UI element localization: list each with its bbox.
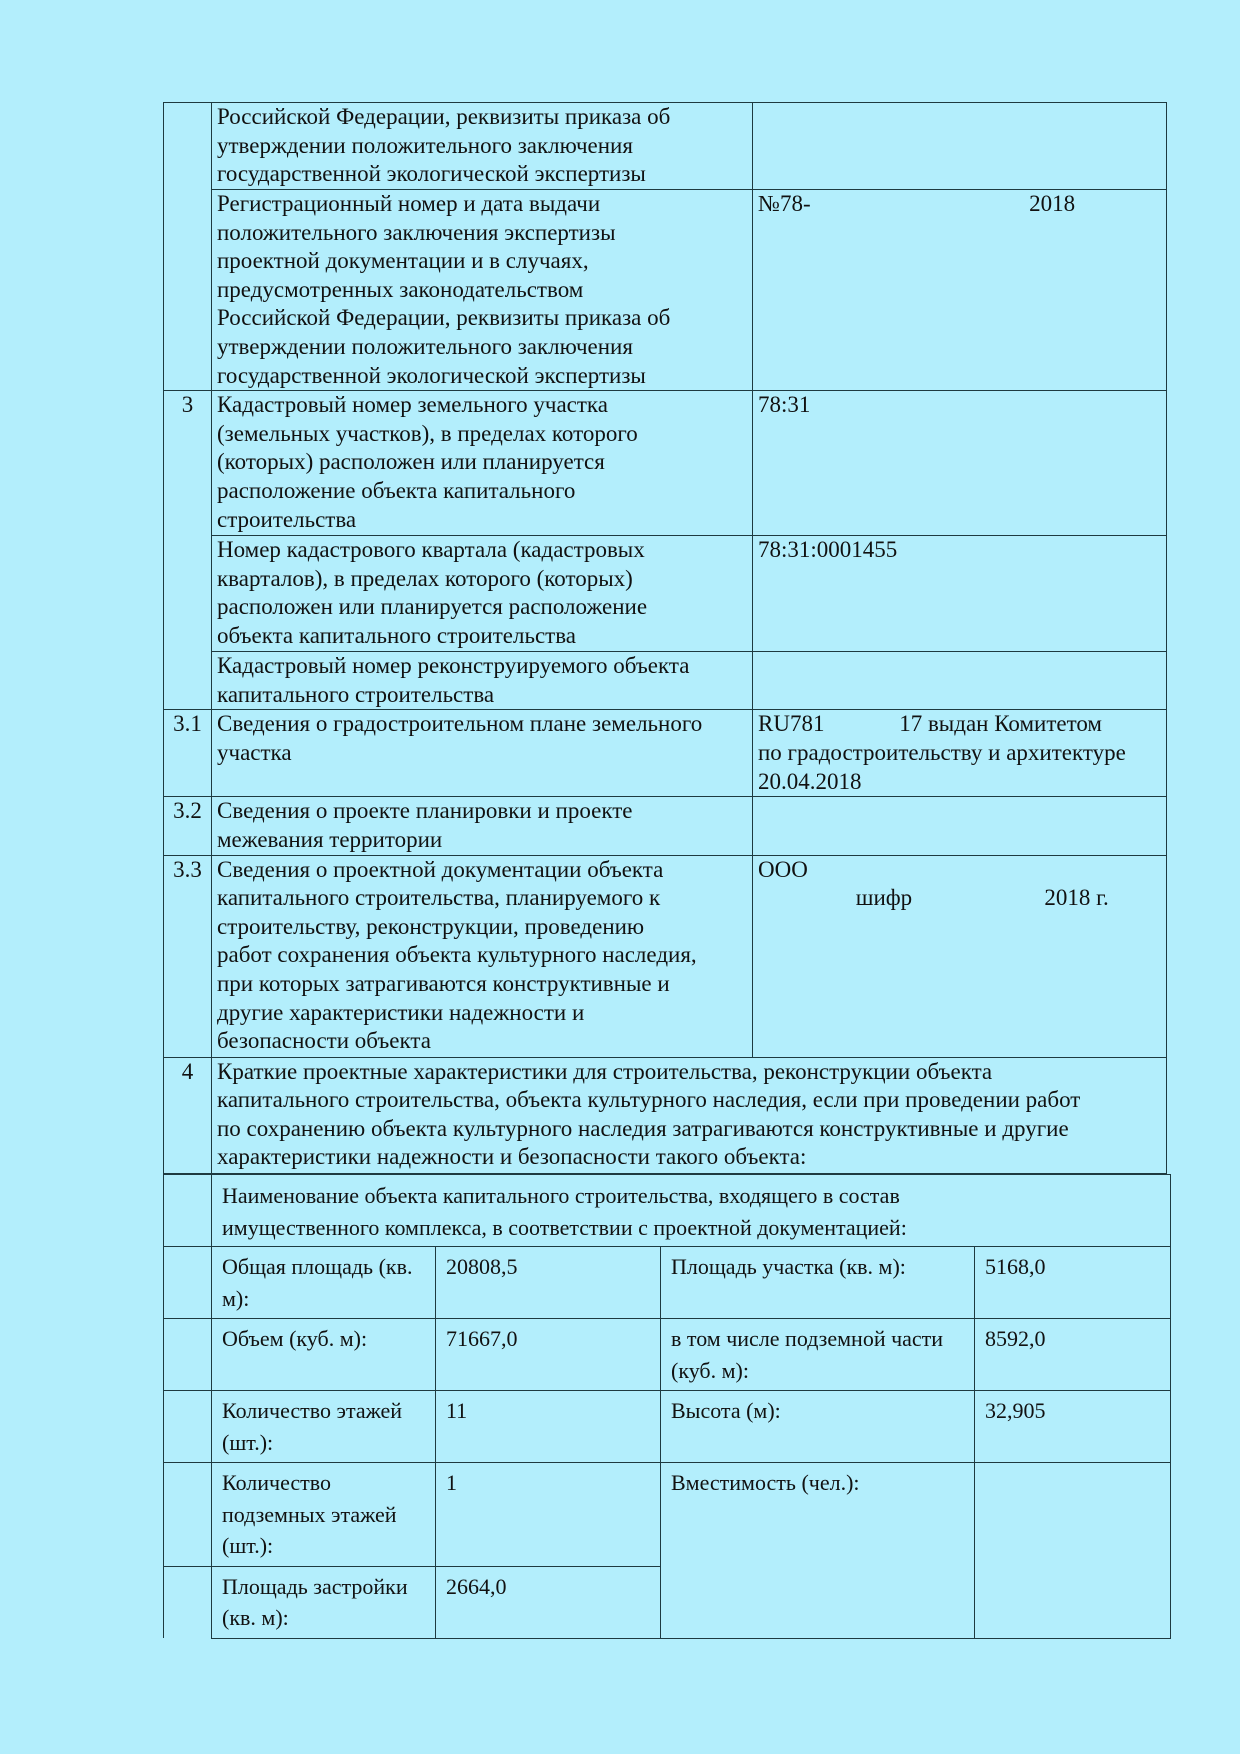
height-value: 32,905 — [975, 1391, 1171, 1463]
blank-cell — [164, 1391, 212, 1463]
table-row: Количество подземных этажей (шт.): 1 Вме… — [164, 1463, 1171, 1567]
table-row: Регистрационный номер и дата выдачи поло… — [164, 190, 1167, 391]
cadastral-quarter: 78:31:0001455 — [758, 536, 1160, 565]
table-row: Общая площадь (кв. м): 20808,5 Площадь у… — [164, 1247, 1171, 1319]
header-line: имущественного комплекса, в соответствии… — [222, 1212, 1160, 1244]
label-line: (земельных участков), в пределах которог… — [217, 420, 746, 449]
label-line: участка — [217, 739, 746, 768]
table-row-section-4: 4 Краткие проектные характеристики для с… — [164, 1057, 1167, 1173]
row-value: №78- 2018 — [753, 190, 1167, 391]
label-line: Российской Федерации, реквизиты приказа … — [217, 304, 746, 333]
label-line: Номер кадастрового квартала (кадастровых — [217, 536, 746, 565]
row-value: 78:31 — [753, 391, 1167, 536]
object-characteristics-table: Наименование объекта капитального строит… — [163, 1174, 1171, 1639]
plot-area-label: Площадь участка (кв. м): — [661, 1247, 975, 1319]
cadastral-number: 78:31 — [758, 391, 1160, 420]
label-line: предусмотренных законодательством — [217, 276, 746, 305]
table-row: Российской Федерации, реквизиты приказа … — [164, 103, 1167, 190]
row-number: 3 — [164, 391, 212, 710]
table-row: Количество этажей (шт.): 11 Высота (м): … — [164, 1391, 1171, 1463]
total-area-label: Общая площадь (кв. м): — [212, 1247, 436, 1319]
row-value: 78:31:0001455 — [753, 536, 1167, 652]
label-line: при которых затрагиваются конструктивные… — [217, 970, 746, 999]
label-line: утверждении положительного заключения — [217, 333, 746, 362]
label-line: проектной документации и в случаях, — [217, 247, 746, 276]
blank-cell — [164, 1566, 212, 1638]
label-line: работ сохранения объекта культурного нас… — [217, 941, 746, 970]
row-number: 3.3 — [164, 855, 212, 1057]
underground-floors-value: 1 — [436, 1463, 661, 1567]
capacity-value — [975, 1463, 1171, 1639]
total-area-value: 20808,5 — [436, 1247, 661, 1319]
urban-plan-line: по градостроительству и архитектуре — [758, 739, 1160, 768]
label-line: государственной экологической экспертизы — [217, 362, 746, 391]
label-line: капитального строительства — [217, 681, 746, 710]
row-label: Сведения о градостроительном плане земел… — [212, 710, 753, 797]
label-line: утверждении положительного заключения — [217, 132, 746, 161]
blank-cell — [164, 1247, 212, 1319]
plot-area-value: 5168,0 — [975, 1247, 1171, 1319]
table-row: 3.2 Сведения о проекте планировки и прое… — [164, 797, 1167, 855]
label-line: капитального строительства, объекта куль… — [217, 1086, 1160, 1115]
table-row: Кадастровый номер реконструируемого объе… — [164, 652, 1167, 710]
label-line: по сохранению объекта культурного наслед… — [217, 1115, 1160, 1144]
row-label: Российской Федерации, реквизиты приказа … — [212, 103, 753, 190]
label-line: Краткие проектные характеристики для стр… — [217, 1058, 1160, 1087]
blank-cell — [164, 1319, 212, 1391]
row-label: Сведения о проекте планировки и проекте … — [212, 797, 753, 855]
section-4-description: Краткие проектные характеристики для стр… — [212, 1057, 1167, 1173]
underground-volume-label: в том числе подземной части (куб. м): — [661, 1319, 975, 1391]
floors-label: Количество этажей (шт.): — [212, 1391, 436, 1463]
label-line: безопасности объекта — [217, 1027, 746, 1056]
table-row: Наименование объекта капитального строит… — [164, 1175, 1171, 1247]
header-line: Наименование объекта капитального строит… — [222, 1180, 1160, 1212]
project-doc-line: ООО — [758, 856, 1160, 885]
label-line: межевания территории — [217, 826, 746, 855]
label-line: Кадастровый номер реконструируемого объе… — [217, 652, 746, 681]
row-label: Кадастровый номер реконструируемого объе… — [212, 652, 753, 710]
label-line: кварталов), в пределах которого (которых… — [217, 565, 746, 594]
blank-cell — [164, 1463, 212, 1567]
label-line: Российской Федерации, реквизиты приказа … — [217, 103, 746, 132]
document-page: Российской Федерации, реквизиты приказа … — [0, 0, 1240, 1754]
label-line: Регистрационный номер и дата выдачи — [217, 190, 746, 219]
volume-label: Объем (куб. м): — [212, 1319, 436, 1391]
row-label: Номер кадастрового квартала (кадастровых… — [212, 536, 753, 652]
capacity-label: Вместимость (чел.): — [661, 1463, 975, 1639]
built-area-label: Площадь застройки (кв. м): — [212, 1566, 436, 1638]
label-line: строительству, реконструкции, проведению — [217, 913, 746, 942]
label-line: государственной экологической экспертизы — [217, 160, 746, 189]
row-label: Кадастровый номер земельного участка (зе… — [212, 391, 753, 536]
row-label: Сведения о проектной документации объект… — [212, 855, 753, 1057]
label-line: строительства — [217, 506, 746, 535]
row-number: 4 — [164, 1057, 212, 1173]
volume-value: 71667,0 — [436, 1319, 661, 1391]
built-area-value: 2664,0 — [436, 1566, 661, 1638]
label-line: другие характеристики надежности и — [217, 999, 746, 1028]
expertise-number: №78- 2018 — [758, 190, 1160, 219]
object-name-header: Наименование объекта капитального строит… — [212, 1175, 1171, 1247]
label-line: Кадастровый номер земельного участка — [217, 391, 746, 420]
row-number: 3.1 — [164, 710, 212, 797]
blank-cell — [164, 1175, 212, 1247]
label-line: расположение объекта капитального — [217, 477, 746, 506]
row-value — [753, 103, 1167, 190]
row-value: ООО шифр 2018 г. — [753, 855, 1167, 1057]
row-value — [753, 797, 1167, 855]
label-line: Сведения о градостроительном плане земел… — [217, 710, 746, 739]
urban-plan-line: RU781 17 выдан Комитетом — [758, 710, 1160, 739]
row-number — [164, 103, 212, 391]
floors-value: 11 — [436, 1391, 661, 1463]
underground-floors-label: Количество подземных этажей (шт.): — [212, 1463, 436, 1567]
label-line: Сведения о проектной документации объект… — [217, 856, 746, 885]
label-line: расположен или планируется расположение — [217, 593, 746, 622]
urban-plan-line: 20.04.2018 — [758, 768, 1160, 797]
row-value: RU781 17 выдан Комитетом по градостроите… — [753, 710, 1167, 797]
row-label: Регистрационный номер и дата выдачи поло… — [212, 190, 753, 391]
height-label: Высота (м): — [661, 1391, 975, 1463]
table-row: 3.3 Сведения о проектной документации об… — [164, 855, 1167, 1057]
table-row: Объем (куб. м): 71667,0 в том числе подз… — [164, 1319, 1171, 1391]
row-number: 3.2 — [164, 797, 212, 855]
label-line: объекта капитального строительства — [217, 622, 746, 651]
table-row: 3 Кадастровый номер земельного участка (… — [164, 391, 1167, 536]
label-line: положительного заключения экспертизы — [217, 219, 746, 248]
table-row: 3.1 Сведения о градостроительном плане з… — [164, 710, 1167, 797]
label-line: (которых) расположен или планируется — [217, 448, 746, 477]
permit-info-table: Российской Федерации, реквизиты приказа … — [163, 102, 1167, 1174]
row-value — [753, 652, 1167, 710]
label-line: Сведения о проекте планировки и проекте — [217, 797, 746, 826]
label-line: характеристики надежности и безопасности… — [217, 1143, 1160, 1172]
underground-volume-value: 8592,0 — [975, 1319, 1171, 1391]
project-doc-line: шифр 2018 г. — [758, 884, 1160, 913]
label-line: капитального строительства, планируемого… — [217, 884, 746, 913]
table-row: Номер кадастрового квартала (кадастровых… — [164, 536, 1167, 652]
